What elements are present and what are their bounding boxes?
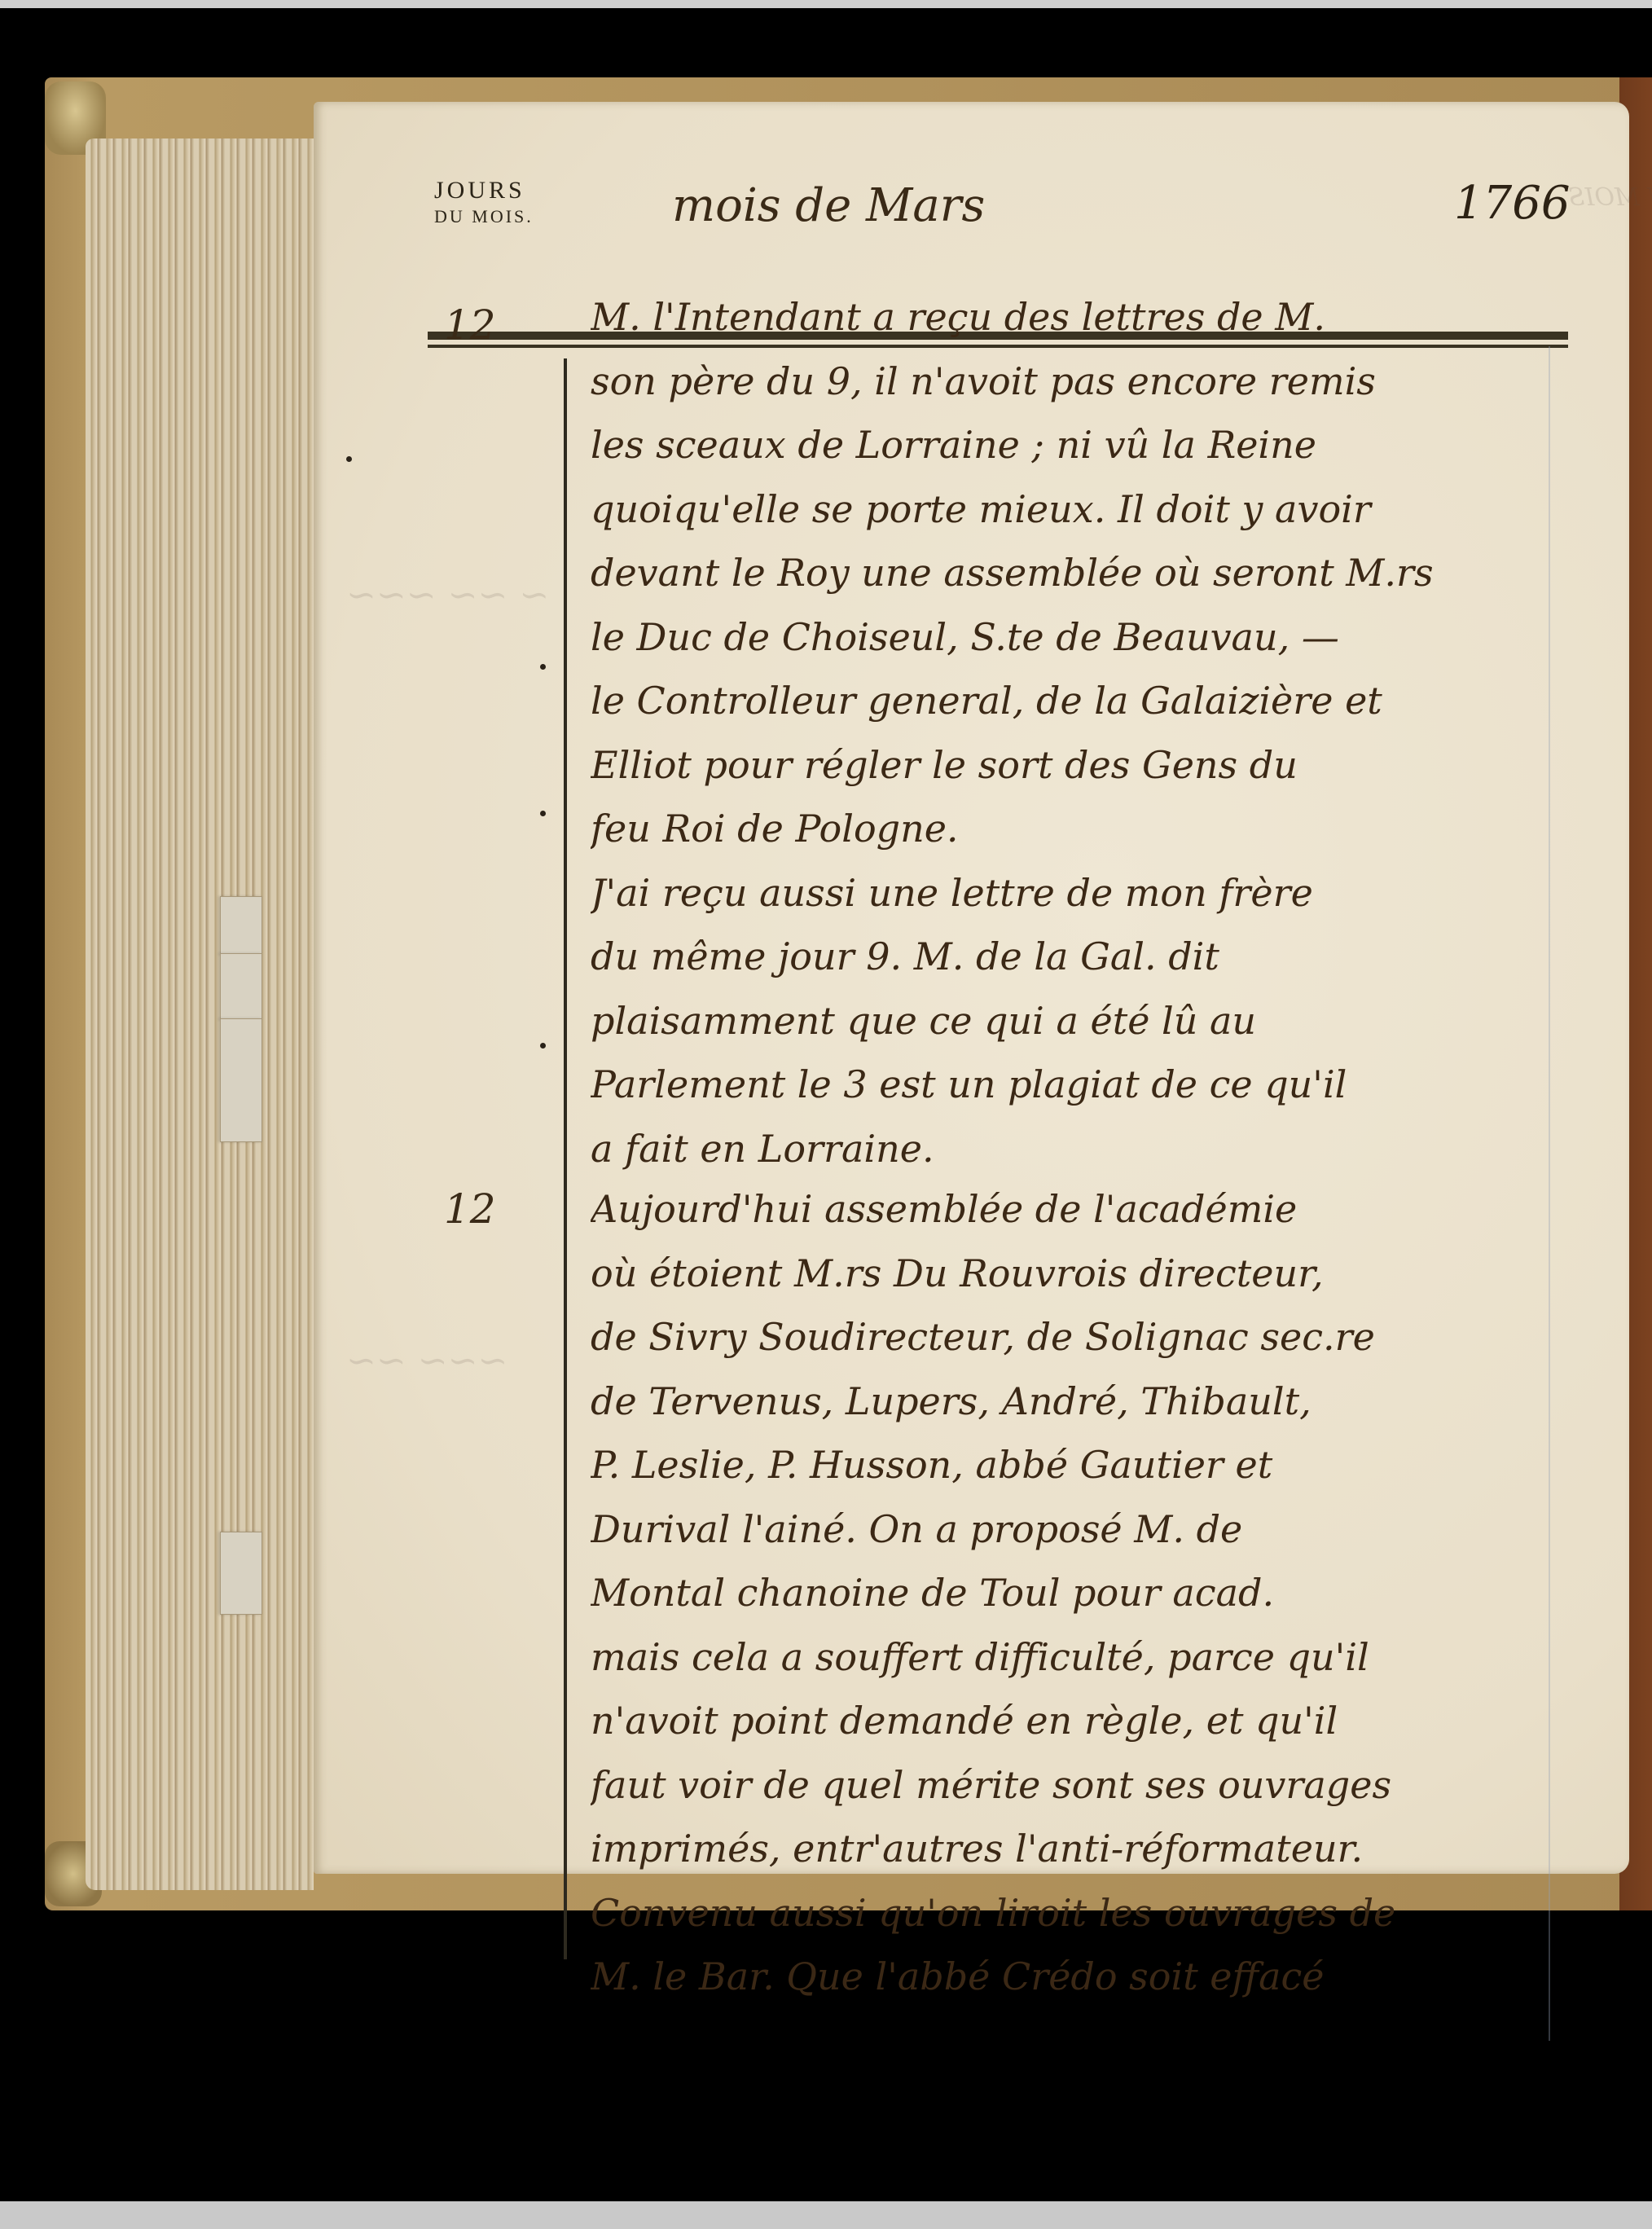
entry-line: Convenu aussi qu'on liroit les ouvrages … bbox=[591, 1881, 1560, 1945]
entry-line: faut voir de quel mérite sont ses ouvrag… bbox=[591, 1753, 1560, 1818]
entry-line: plaisamment que ce qui a été lû au bbox=[591, 989, 1560, 1053]
month-title: mois de Mars bbox=[672, 179, 985, 232]
entry-line: Parlement le 3 est un plagiat de ce qu'i… bbox=[591, 1053, 1560, 1117]
entry-line: Aujourd'hui assemblée de l'académie bbox=[591, 1177, 1560, 1242]
entry-line: P. Leslie, P. Husson, abbé Gautier et bbox=[591, 1433, 1560, 1497]
entry-line: devant le Roy une assemblée où seront M.… bbox=[591, 541, 1560, 605]
page-tab bbox=[220, 896, 262, 955]
entry-line: du même jour 9. M. de la Gal. dit bbox=[591, 925, 1560, 989]
page-tab bbox=[220, 953, 262, 1020]
entry-line: le Duc de Choiseul, S.te de Beauvau, — bbox=[591, 605, 1560, 670]
ink-speck bbox=[540, 1043, 546, 1049]
page-tab bbox=[220, 1018, 262, 1142]
diary-entry: M. l'Intendant a reçu des lettres de M. … bbox=[591, 285, 1560, 1180]
diary-entry: Aujourd'hui assemblée de l'académie où é… bbox=[591, 1177, 1560, 2009]
entry-line: n'avoit point demandé en règle, et qu'il bbox=[591, 1689, 1560, 1753]
entry-line: de Tervenus, Lupers, André, Thibault, bbox=[591, 1369, 1560, 1434]
manuscript-page: JOURS DU MOIS ~ ~~ ~~~ ~~~ ~~ JOURS DU M… bbox=[314, 102, 1629, 1874]
entry-line: Montal chanoine de Toul pour acad. bbox=[591, 1561, 1560, 1625]
header-du-mois: DU MOIS. bbox=[434, 206, 534, 227]
entry-line: J'ai reçu aussi une lettre de mon frère bbox=[591, 861, 1560, 925]
entry-line: imprimés, entr'autres l'anti-réformateur… bbox=[591, 1817, 1560, 1881]
entry-line: mais cela a souffert difficulté, parce q… bbox=[591, 1625, 1560, 1690]
entry-line: Durival l'ainé. On a proposé M. de bbox=[591, 1497, 1560, 1562]
page-edges-stack bbox=[86, 138, 314, 1890]
entry-line: le Controlleur general, de la Galaizière… bbox=[591, 669, 1560, 733]
entry-line: où étoient M.rs Du Rouvrois directeur, bbox=[591, 1242, 1560, 1306]
entry-line: quoiqu'elle se porte mieux. Il doit y av… bbox=[591, 477, 1560, 542]
ink-speck bbox=[540, 664, 546, 670]
entry-line: a fait en Lorraine. bbox=[591, 1117, 1560, 1181]
entry-day-number: 12 bbox=[444, 301, 496, 349]
entry-line: M. l'Intendant a reçu des lettres de M. bbox=[591, 285, 1560, 350]
entry-line: Elliot pour régler le sort des Gens du bbox=[591, 733, 1560, 798]
entry-line: les sceaux de Lorraine ; ni vû la Reine bbox=[591, 413, 1560, 477]
bleedthrough-header: JOURS DU MOIS bbox=[1568, 183, 1652, 212]
entry-line: de Sivry Soudirecteur, de Solignac sec.r… bbox=[591, 1305, 1560, 1369]
ink-speck bbox=[540, 811, 546, 816]
scan-bottom-strip bbox=[0, 2201, 1652, 2229]
bleedthrough-text: ~ ~~ ~~~ bbox=[346, 574, 549, 616]
bleedthrough-text: ~~~ ~~ bbox=[346, 1340, 507, 1382]
entry-line: feu Roi de Pologne. bbox=[591, 797, 1560, 861]
day-column-rule bbox=[564, 358, 567, 1959]
printed-column-header: JOURS DU MOIS. bbox=[434, 177, 534, 227]
page-tab bbox=[220, 1532, 262, 1615]
year: 1766 bbox=[1454, 177, 1571, 230]
scan-top-strip bbox=[0, 0, 1652, 8]
entry-day-number: 12 bbox=[444, 1185, 496, 1233]
entry-line: son père du 9, il n'avoit pas encore rem… bbox=[591, 350, 1560, 414]
header-jours: JOURS bbox=[434, 177, 534, 204]
ink-speck bbox=[346, 456, 352, 462]
entry-line: M. le Bar. Que l'abbé Crédo soit effacé bbox=[591, 1945, 1560, 2009]
